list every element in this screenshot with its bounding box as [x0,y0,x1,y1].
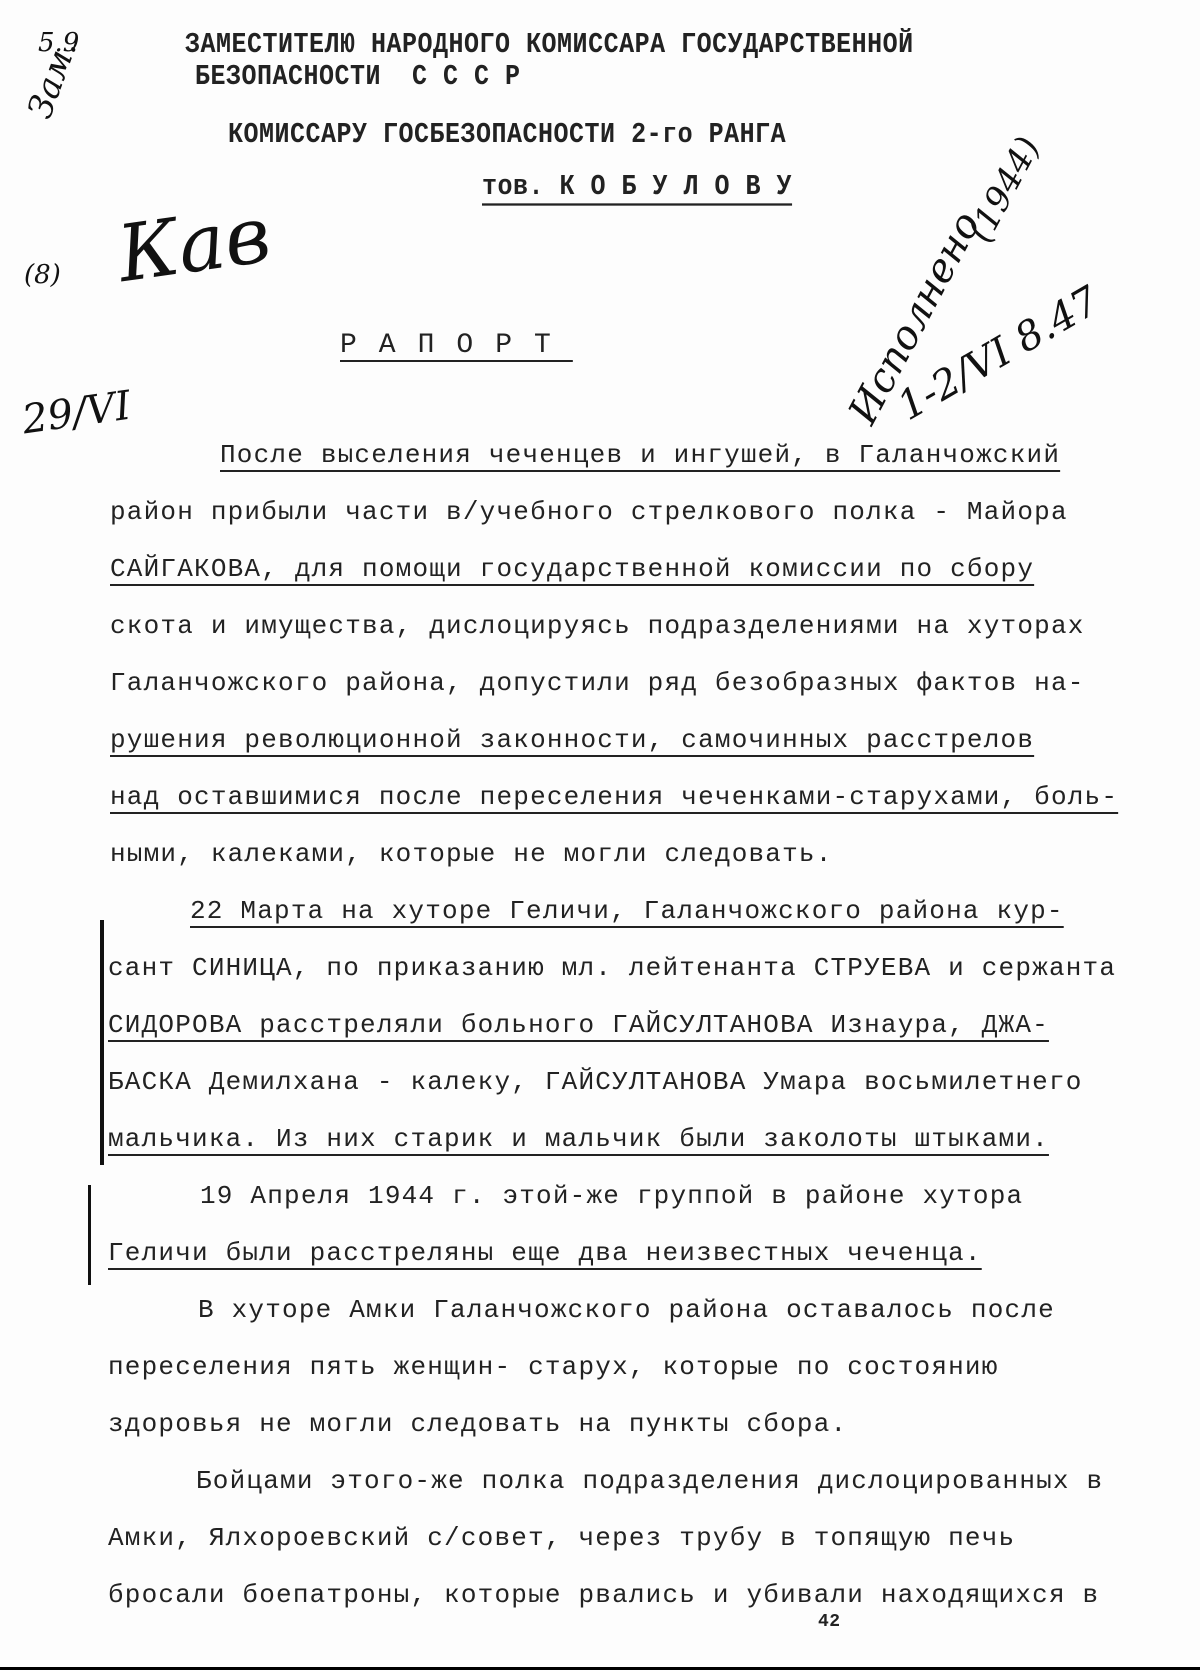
body-line: СИДОРОВА расстреляли больного ГАЙСУЛТАНО… [108,1010,1049,1040]
body-line: САЙГАКОВА, для помощи государственной ко… [110,554,1034,584]
document-title: РАПОРТ [340,330,573,361]
handwritten-margin-date: 29/VI [19,383,133,444]
body-line: ными, калеками, которые не могли следова… [110,839,833,869]
body-line: После выселения чеченцев и ингушей, в Га… [220,440,1060,470]
addressee-name: тов. К О Б У Л О В У [482,170,792,203]
margin-bracket [88,1185,91,1285]
body-line: Амки, Ялхороевский с/совет, через трубу … [108,1523,1015,1553]
body-line: сант СИНИЦА, по приказанию мл. лейтенант… [108,953,1116,983]
body-line: 19 Апреля 1944 г. этой-же группой в райо… [200,1181,1023,1211]
addressee-line-2: БЕЗОПАСНОСТИ С С С Р [195,60,521,93]
body-line: Галанчожского района, допустили ряд безо… [110,668,1085,698]
addressee-line-3: КОМИССАРУ ГОСБЕЗОПАСНОСТИ 2-го РАНГА [228,118,786,151]
body-line: рушения революционной законности, самочи… [110,725,1034,755]
body-line: здоровья не могли следовать на пункты сб… [108,1409,847,1439]
handwritten-margin-mark: (8) [24,260,61,290]
handwritten-margin-word: Зам. [20,34,85,123]
body-line: БАСКА Демилхана - калеку, ГАЙСУЛТАНОВА У… [108,1067,1083,1097]
addressee-line-1: ЗАМЕСТИТЕЛЮ НАРОДНОГО КОМИССАРА ГОСУДАРС… [185,28,914,61]
handwritten-signature: Кав [112,190,275,300]
margin-bracket [100,920,104,1165]
body-line: скота и имущества, дислоцируясь подразде… [110,611,1085,641]
body-line: над оставшимися после переселения чеченк… [110,782,1118,812]
body-line: мальчика. Из них старик и мальчик были з… [108,1124,1049,1154]
body-line: Бойцами этого-же полка подразделения дис… [196,1466,1103,1496]
page-number: 42 [818,1612,841,1632]
body-line: 22 Марта на хуторе Геличи, Галанчожского… [190,896,1064,926]
body-line: Геличи были расстреляны еще два неизвест… [108,1238,982,1268]
document-page: ЗАМЕСТИТЕЛЮ НАРОДНОГО КОМИССАРА ГОСУДАРС… [0,0,1200,1667]
body-line: бросали боепатроны, которые рвались и уб… [108,1580,1099,1610]
body-line: В хуторе Амки Галанчожского района остав… [198,1295,1055,1325]
body-line: район прибыли части в/учебного стрелково… [110,497,1068,527]
body-line: переселения пять женщин- старух, которые… [108,1352,999,1382]
